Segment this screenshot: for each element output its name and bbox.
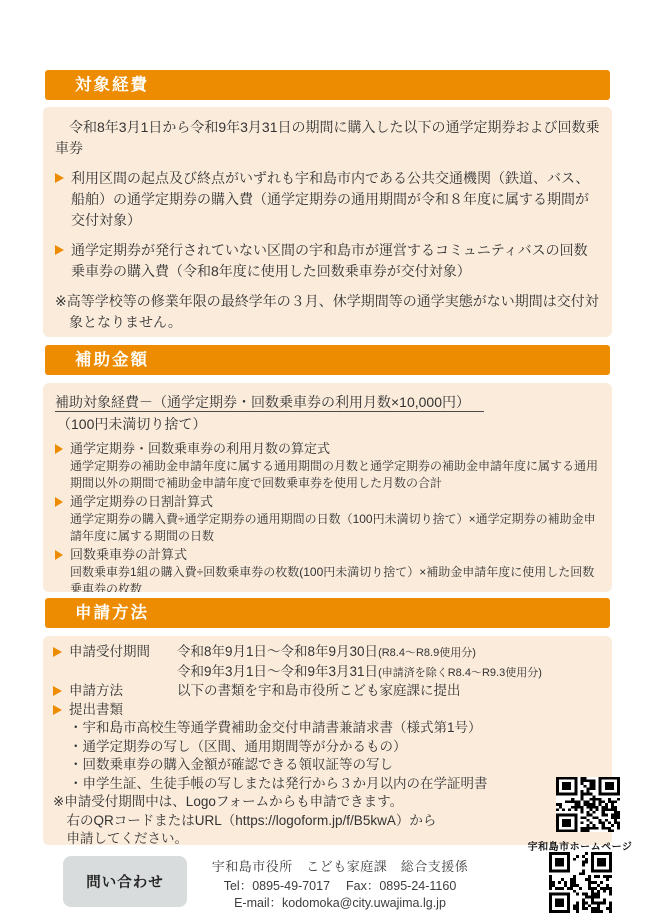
uwajima-homepage-qr-code	[549, 852, 612, 913]
subsidy-amount-panel: 補助対象経費－（通学定期券・回数乗車券の利用月数×10,000円） （100円未…	[43, 383, 612, 592]
row-value: 令和8年9月1日～令和8年9月30日(R8.4～R8.9使用分) 令和9年3月1…	[177, 643, 602, 682]
period-dates: 令和9年3月1日～令和9年3月31日	[177, 664, 378, 679]
arrow-bullet-icon	[55, 173, 64, 183]
section-title: 補助金額	[75, 351, 149, 369]
calc-heading: 通学定期券・回数乗車券の利用月数の算定式	[70, 440, 330, 458]
arrow-bullet-icon	[55, 497, 63, 507]
application-method-panel: 申請受付期間 令和8年9月1日～令和8年9月30日(R8.4～R8.9使用分) …	[43, 636, 612, 845]
document-item: ・申学生証、生徒手帳の写しまたは発行から３か月以内の在学証明書	[53, 775, 602, 794]
subsidy-formula-text: 補助対象経費－（通学定期券・回数乗車券の利用月数×10,000円）	[55, 394, 484, 412]
documents-row: 提出書類	[53, 701, 602, 720]
arrow-bullet-icon	[53, 647, 62, 657]
subsidy-formula: 補助対象経費－（通学定期券・回数乗車券の利用月数×10,000円）	[55, 392, 600, 412]
calc-description: 回数乗車券1組の購入費÷回数乗車券の枚数(100円未満切り捨て）×補助金申請年度…	[55, 564, 600, 592]
calc-heading: 通学定期券の日割計算式	[70, 493, 213, 511]
contact-label: 問い合わせ	[86, 871, 164, 892]
logoform-qr-code	[556, 777, 620, 832]
calc-heading: 回数乗車券の計算式	[70, 546, 187, 564]
document-item: ・宇和島市高校生等通学費補助金交付申請書兼請求書（様式第1号）	[53, 719, 602, 738]
section-title: 申請方法	[75, 604, 149, 622]
arrow-bullet-icon	[53, 686, 62, 696]
application-how-row: 申請方法 以下の書類を宇和島市役所こども家庭課に提出	[53, 682, 602, 701]
homepage-qr-caption: 宇和島市ホームページ	[505, 838, 650, 853]
period-note: (R8.4～R8.9使用分)	[378, 647, 476, 659]
row-label: 提出書類	[69, 701, 177, 720]
contact-organization: 宇和島市役所 こども家庭課 総合支援係	[185, 858, 495, 875]
calc-heading-row: 通学定期券の日割計算式	[55, 493, 600, 511]
calc-description: 通学定期券の購入費÷通学定期券の通用期間の日数（100円未満切り捨て）×通学定期…	[55, 511, 600, 544]
calc-item: 通学定期券・回数乗車券の利用月数の算定式 通学定期券の補助金申請年度に属する通用…	[55, 440, 600, 491]
period-line: 令和9年3月1日～令和9年3月31日(申請済を除くR8.4～R9.3使用分)	[177, 663, 602, 683]
contact-info-block: 宇和島市役所 こども家庭課 総合支援係 Tel：0895-49-7017 Fax…	[185, 858, 495, 912]
arrow-bullet-icon	[55, 444, 63, 454]
calc-item: 回数乗車券の計算式 回数乗車券1組の購入費÷回数乗車券の枚数(100円未満切り捨…	[55, 546, 600, 592]
list-item: 通学定期券が発行されていない区間の宇和島市が運営するコミュニティバスの回数乗車券…	[55, 240, 600, 282]
row-label: 申請受付期間	[69, 643, 177, 662]
eligible-expenses-intro: 令和8年3月1日から令和9年3月31日の期間に購入した以下の通学定期券および回数…	[55, 117, 600, 159]
contact-email: E-mail：kodomoka@city.uwajima.lg.jp	[185, 895, 495, 912]
flyer-page: 対象経費 令和8年3月1日から令和9年3月31日の期間に購入した以下の通学定期券…	[0, 0, 650, 919]
row-label: 申請方法	[69, 682, 177, 701]
section-title: 対象経費	[75, 76, 149, 94]
section-header-application-method: 申請方法	[45, 598, 610, 628]
arrow-bullet-icon	[55, 245, 64, 255]
how-line: 以下の書類を宇和島市役所こども家庭課に提出	[177, 682, 602, 701]
calc-item: 通学定期券の日割計算式 通学定期券の購入費÷通学定期券の通用期間の日数（100円…	[55, 493, 600, 544]
contact-tel-fax: Tel：0895-49-7017 Fax：0895-24-1160	[185, 878, 495, 895]
arrow-bullet-icon	[55, 550, 63, 560]
calc-description: 通学定期券の補助金申請年度に属する通用期間の月数と通学定期券の補助金申請年度に属…	[55, 458, 600, 491]
list-item: 利用区間の起点及び終点がいずれも宇和島市内である公共交通機関（鉄道、バス、船舶）…	[55, 168, 600, 231]
bullet-text: 利用区間の起点及び終点がいずれも宇和島市内である公共交通機関（鉄道、バス、船舶）…	[71, 168, 600, 231]
section-header-subsidy-amount: 補助金額	[45, 345, 610, 375]
logoform-url-line: 右のQRコードまたはURL（https://logoform.jp/f/B5kw…	[53, 812, 602, 831]
document-item: ・回数乗車券の購入金額が確認できる領収証等の写し	[53, 756, 602, 775]
bullet-text: 通学定期券が発行されていない区間の宇和島市が運営するコミュニティバスの回数乗車券…	[71, 240, 600, 282]
calc-heading-row: 回数乗車券の計算式	[55, 546, 600, 564]
application-period-row: 申請受付期間 令和8年9月1日～令和8年9月30日(R8.4～R8.9使用分) …	[53, 643, 602, 682]
row-value: 以下の書類を宇和島市役所こども家庭課に提出	[177, 682, 602, 701]
exclusion-note: ※高等学校等の修業年限の最終学年の３月、休学期間等の通学実態がない期間は交付対象…	[55, 291, 600, 333]
period-dates: 令和8年9月1日～令和8年9月30日	[177, 644, 378, 659]
eligible-expenses-panel: 令和8年3月1日から令和9年3月31日の期間に購入した以下の通学定期券および回数…	[43, 107, 612, 337]
rounding-note: （100円未満切り捨て）	[57, 414, 600, 434]
period-line: 令和8年9月1日～令和8年9月30日(R8.4～R8.9使用分)	[177, 643, 602, 663]
contact-label-box: 問い合わせ	[63, 856, 187, 907]
calc-heading-row: 通学定期券・回数乗車券の利用月数の算定式	[55, 440, 600, 458]
arrow-bullet-icon	[53, 705, 62, 715]
section-header-eligible-expenses: 対象経費	[45, 70, 610, 100]
logoform-note: ※申請受付期間中は、Logoフォームからも申請できます。	[53, 793, 602, 812]
period-note: (申請済を除くR8.4～R9.3使用分)	[378, 667, 542, 679]
document-item: ・通学定期券の写し（区間、通用期間等が分かるもの）	[53, 738, 602, 757]
